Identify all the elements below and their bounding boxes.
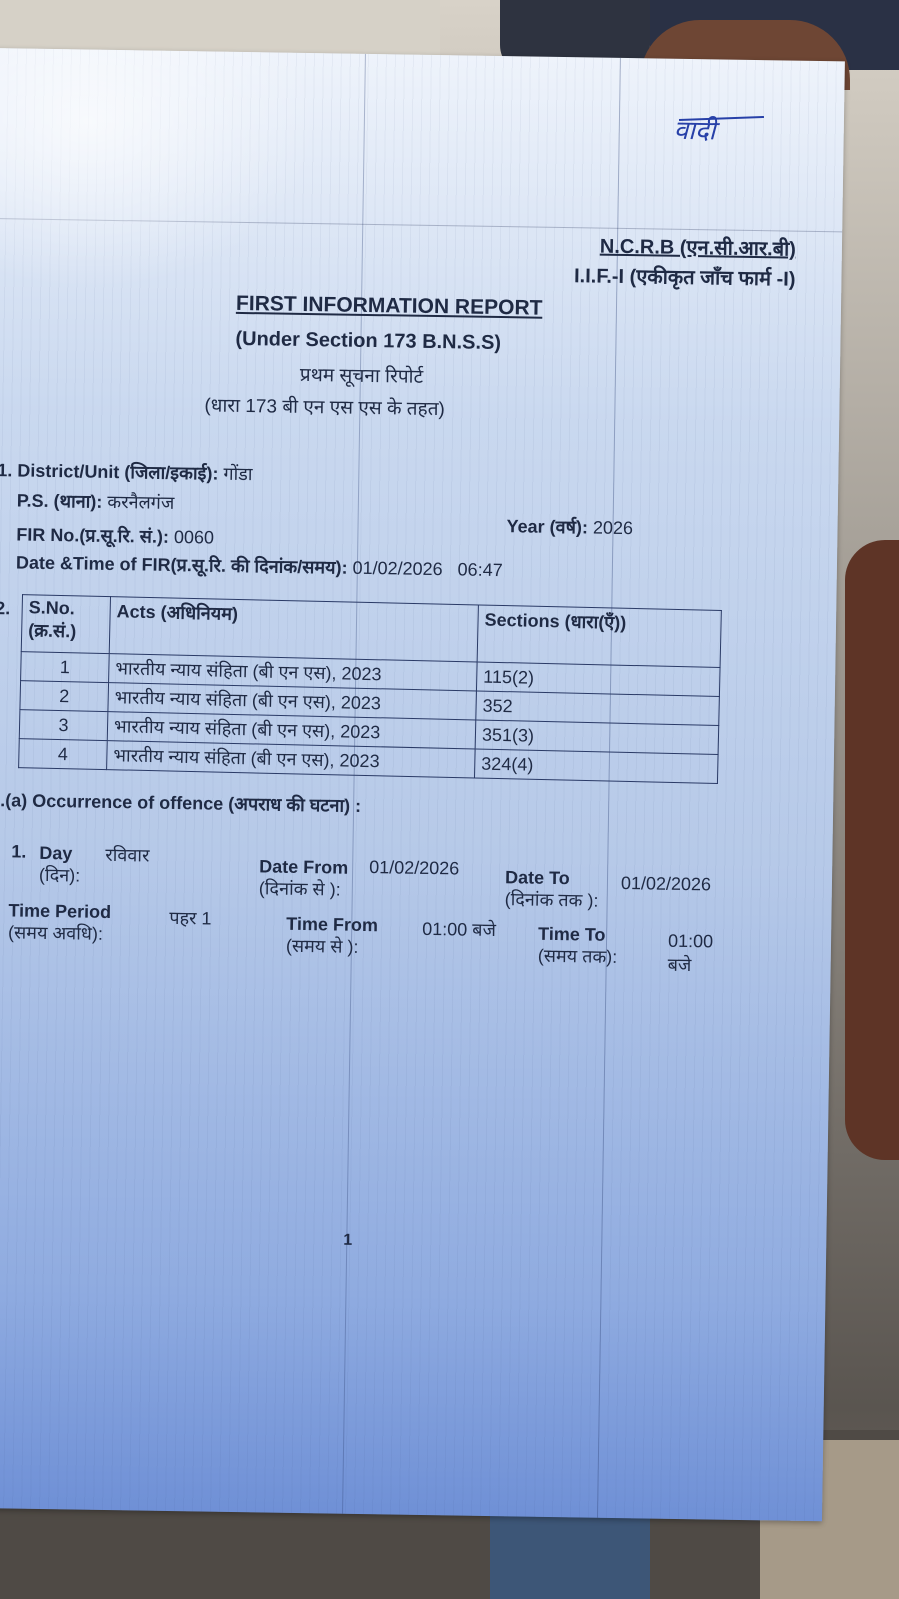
district-value: गोंडा [223, 464, 252, 484]
time-to-label: Time To [538, 923, 618, 946]
iif-header: I.I.F.-I (एकीकृत जाँच फार्म -I) [574, 261, 796, 291]
handwritten-note: वादी [674, 111, 716, 148]
acts-table: S.No. (क्र.सं.) Acts (अधिनियम) Sections … [18, 594, 722, 784]
day-label-block: Day (दिन): [39, 842, 81, 887]
document-title: FIRST INFORMATION REPORT [236, 292, 543, 321]
fold-line [342, 54, 366, 1514]
district-row: 1. District/Unit (जिला/इकाई): गोंडा [0, 458, 253, 486]
ps-value: करनैलगंज [107, 492, 174, 513]
time-from-label-hi: (समय से ): [286, 935, 378, 958]
date-from-label-block: Date From (दिनांक से ): [259, 855, 349, 900]
col-sno-en: S.No. [28, 597, 103, 620]
occurrence-heading: 3.(a) Occurrence of offence (अपराध की घट… [0, 788, 361, 818]
col-acts: Acts (अधिनियम) [109, 597, 478, 662]
time-from-value: 01:00 बजे [422, 917, 496, 942]
row-section: 324(4) [474, 749, 718, 784]
time-period-label-hi: (समय अवधि): [8, 921, 111, 945]
fir-no-value: 0060 [174, 527, 214, 548]
ps-row: P.S. (थाना): करनैलगंज [17, 488, 175, 514]
holding-thumb [845, 540, 899, 1160]
row-sno: 4 [19, 739, 108, 770]
time-to-value-block: 01:00 बजे [667, 929, 713, 978]
district-label: District/Unit (जिला/इकाई): [17, 460, 218, 483]
year-row: Year (वर्ष): 2026 [506, 514, 633, 540]
date-from-label: Date From [259, 855, 348, 878]
date-to-label: Date To [505, 866, 599, 889]
day-value: रविवार [105, 843, 149, 868]
year-value: 2026 [593, 518, 633, 539]
day-label-hi: (दिन): [39, 864, 81, 887]
date-to-label-block: Date To (दिनांक तक ): [505, 866, 599, 911]
ncrb-header: N.C.R.B (एन.सी.आर.बी) [600, 232, 796, 262]
time-period-label-block: Time Period (समय अवधि): [8, 899, 111, 945]
row-sno: 3 [19, 710, 108, 741]
row-sno: 1 [21, 652, 110, 683]
day-label: Day [39, 842, 81, 865]
fir-document-page: वादी N.C.R.B (एन.सी.आर.बी) I.I.F.-I (एकी… [0, 48, 845, 1521]
date-to-label-hi: (दिनांक तक ): [505, 888, 599, 911]
occurrence-item-number: 1. [11, 841, 26, 862]
time-period-label: Time Period [8, 899, 111, 923]
fir-datetime-label: Date &Time of FIR(प्र.सू.रि. की दिनांक/स… [16, 552, 348, 577]
time-period-value: पहर 1 [169, 906, 212, 931]
time-to-value: 01:00 [668, 929, 713, 954]
col-sno-hi: (क्र.सं.) [28, 618, 104, 644]
date-from-label-hi: (दिनांक से ): [259, 877, 348, 900]
section1-number: 1. [0, 460, 13, 480]
time-to-label-block: Time To (समय तक): [538, 923, 618, 968]
date-to-value: 01/02/2026 [621, 873, 711, 895]
time-from-label-block: Time From (समय से ): [286, 913, 378, 958]
year-label: Year (वर्ष): [506, 516, 588, 537]
time-to-label-hi: (समय तक): [538, 945, 618, 968]
section2-number: 2. [0, 598, 10, 619]
time-to-value-suffix: बजे [667, 953, 712, 978]
fir-no-row: FIR No.(प्र.सू.रि. सं.): 0060 [16, 522, 214, 549]
document-subtitle-hi: (धारा 173 बी एन एस एस के तहत) [204, 391, 445, 421]
document-subtitle-en: (Under Section 173 B.N.S.S) [235, 328, 501, 355]
fir-no-label: FIR No.(प्र.सू.रि. सं.): [16, 524, 169, 546]
fir-datetime-value: 01/02/2026 06:47 [352, 558, 502, 580]
ps-label: P.S. (थाना): [17, 490, 103, 511]
fir-datetime-row: Date &Time of FIR(प्र.सू.रि. की दिनांक/स… [16, 550, 503, 582]
col-sno: S.No. (क्र.सं.) [21, 595, 110, 654]
col-sections: Sections (धारा(एँ)) [477, 605, 721, 667]
row-sno: 2 [20, 681, 109, 712]
header-rule [0, 218, 842, 232]
document-title-hi: प्रथम सूचना रिपोर्ट [300, 361, 424, 389]
time-from-label: Time From [286, 913, 378, 936]
page-number: 1 [343, 1232, 352, 1250]
date-from-value: 01/02/2026 [369, 857, 459, 879]
